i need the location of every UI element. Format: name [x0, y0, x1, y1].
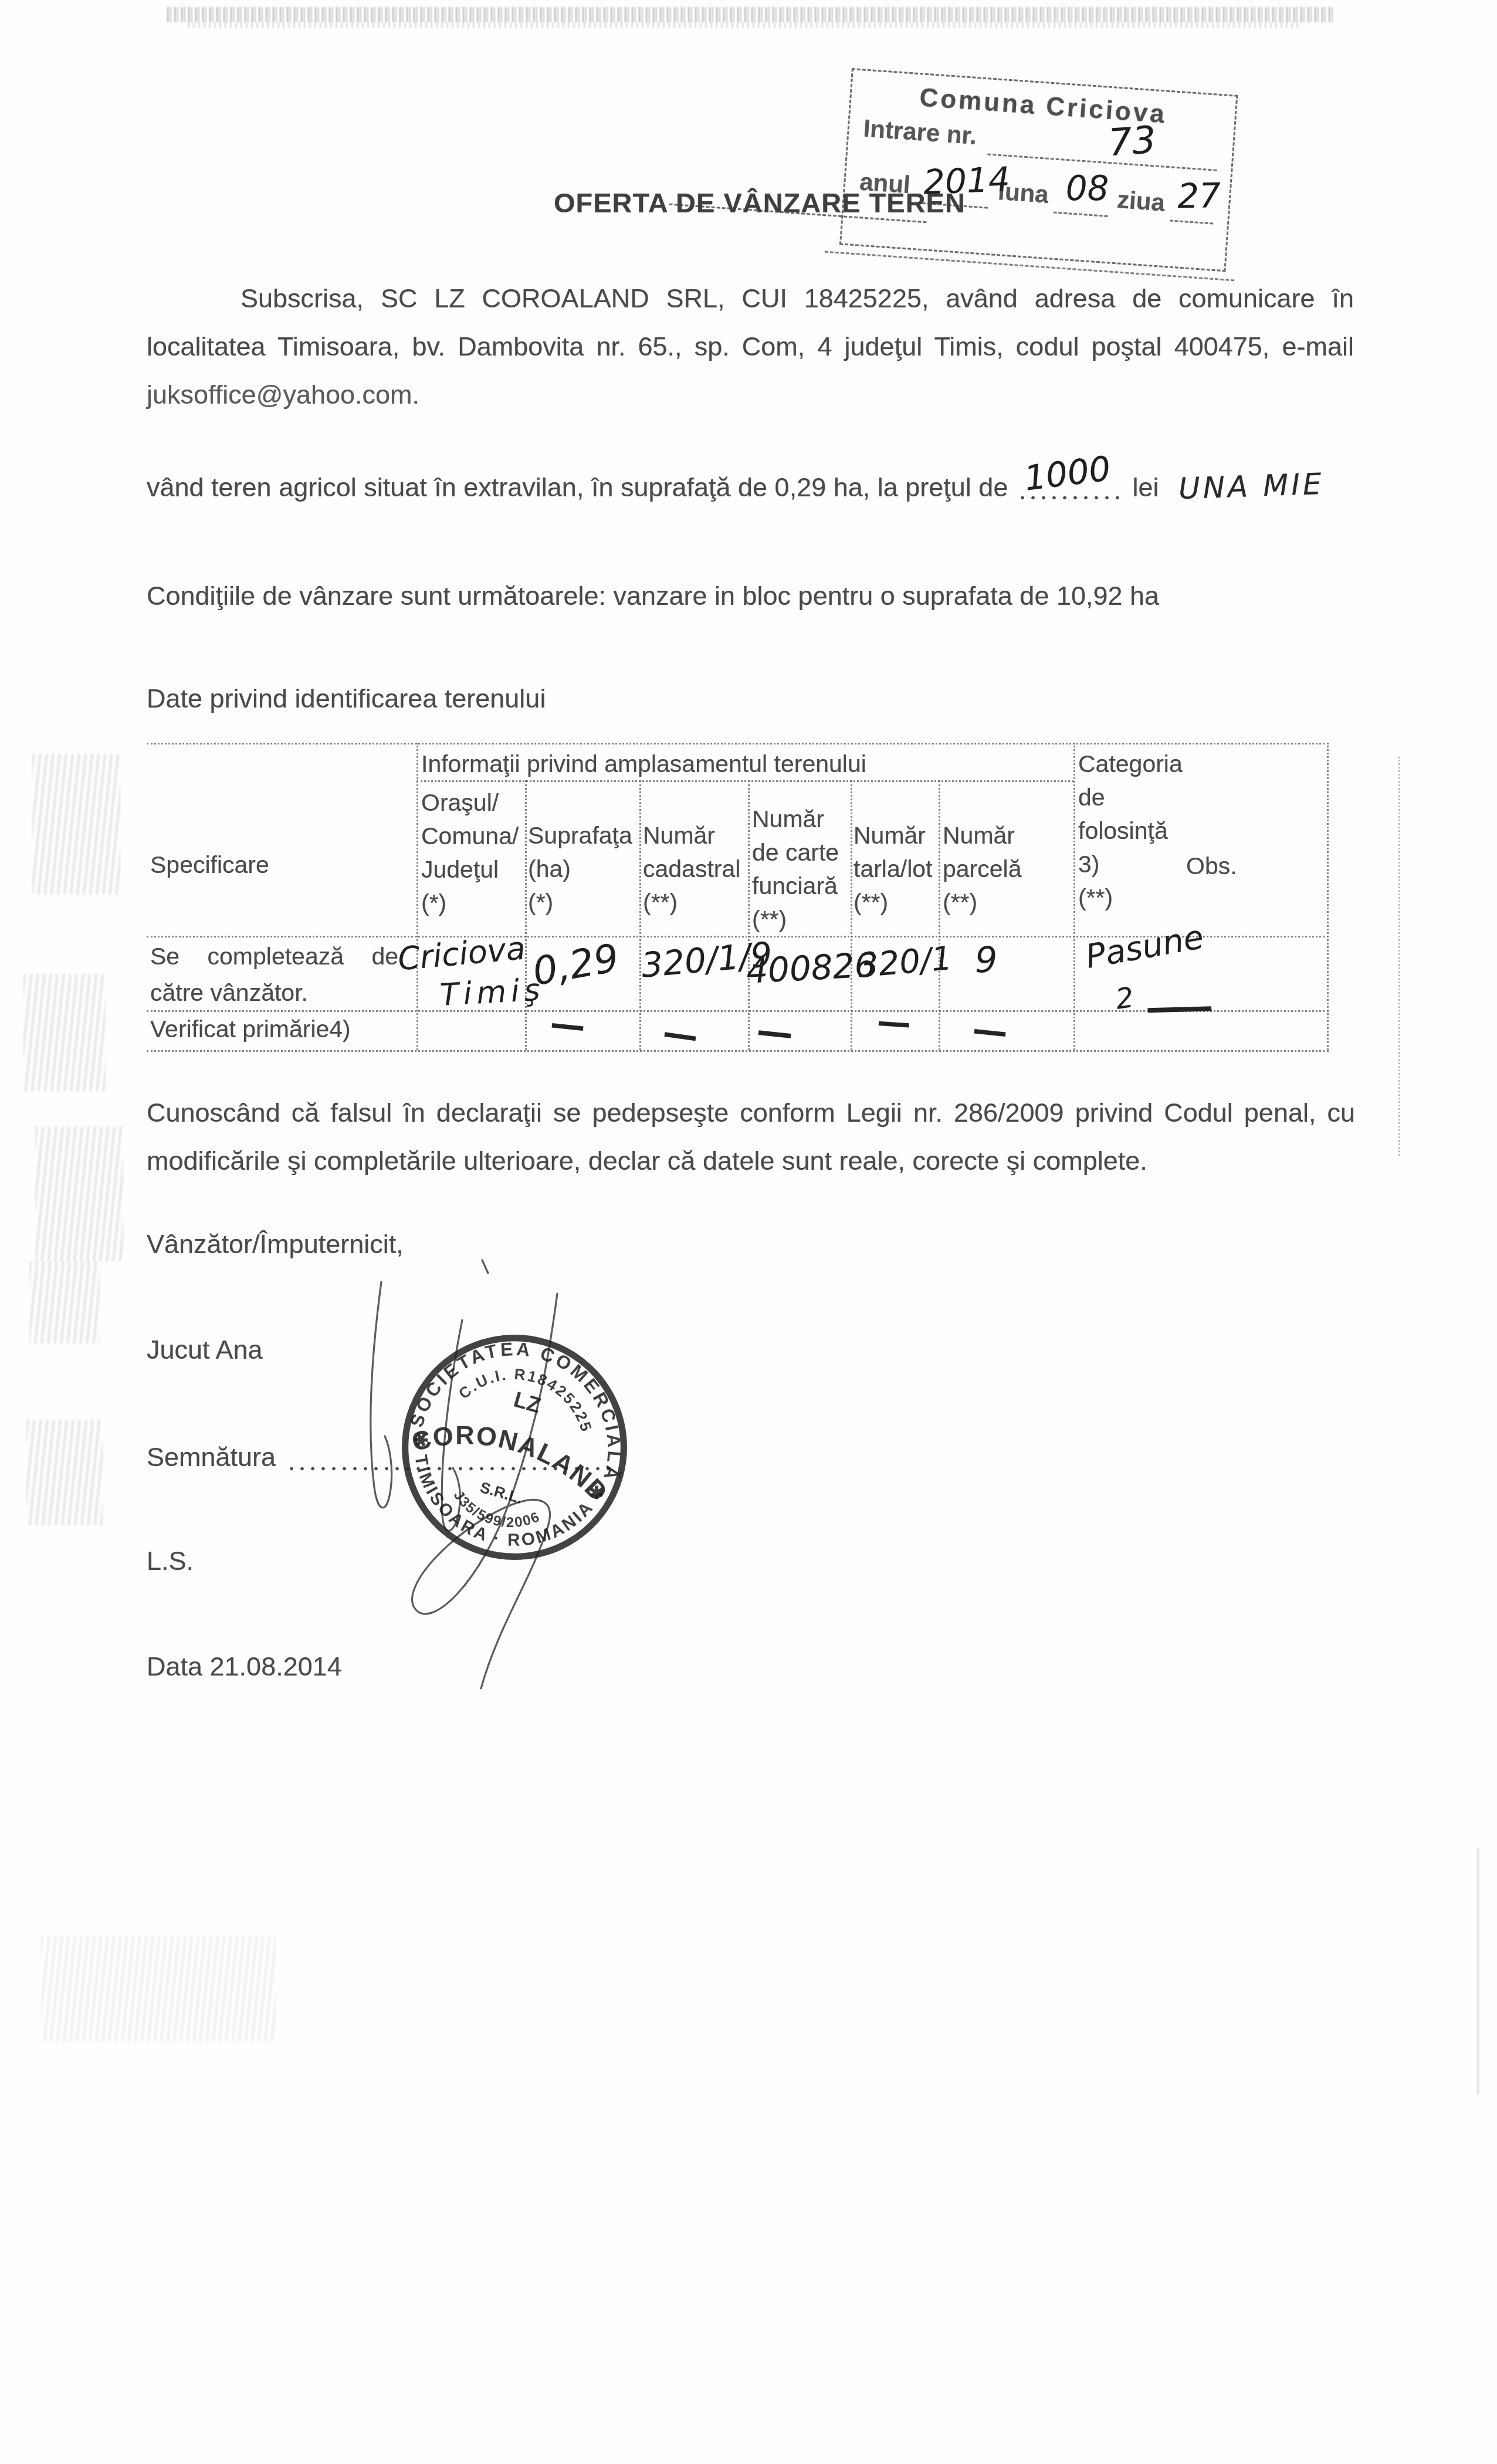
scan-noise-band: [188, 22, 1302, 28]
scan-artifact: [23, 974, 106, 1091]
header-categoria-folosinta: Categoria de folosinţă 3) (**): [1078, 747, 1183, 915]
scan-artifact: [29, 1261, 100, 1343]
offer-text: vând teren agricol situat în extravilan,…: [147, 472, 1008, 503]
header-tarla-lot: Număr tarla/lot (**): [854, 819, 932, 919]
handwritten-parcela: 9: [975, 940, 997, 981]
handwritten-judet: Timiş: [439, 972, 546, 1013]
scan-artifact: [1477, 1848, 1479, 2094]
intrare-value-handwritten: 73: [1107, 119, 1157, 165]
intro-line: Subscrisa, SC LZ COROALAND SRL, CUI 1842…: [147, 275, 1354, 323]
table-border: [851, 780, 852, 1050]
header-obs: Obs.: [1186, 849, 1237, 883]
table-border: [525, 780, 527, 1050]
header-specificare: Specificare: [150, 848, 269, 882]
scan-noise-band: [167, 7, 1335, 22]
header-carte-funciara: Număr de carte funciară (**): [752, 803, 839, 936]
handwritten-suprafata: 0,29: [529, 935, 622, 994]
verificat-dash: —: [971, 1008, 1010, 1053]
table-border: [1327, 743, 1329, 1050]
header-numar-cadastral: Număr cadastral (**): [643, 819, 740, 919]
price-handwritten: 1000: [1022, 448, 1113, 498]
signature-label: Semnătura: [147, 1442, 276, 1473]
ziua-value-handwritten: 27: [1177, 175, 1221, 216]
intrare-label: Intrare nr.: [862, 114, 978, 150]
header-suprafata: Suprafaţa (ha) (*): [528, 819, 632, 919]
stamp-text-srl: S.R.L.: [478, 1478, 524, 1507]
currency-label: lei: [1132, 472, 1159, 503]
price-words-handwritten: UNA MIE: [1178, 467, 1325, 506]
ls-label: L.S.: [147, 1546, 194, 1576]
verificat-dash: —: [548, 1003, 588, 1047]
registry-stamp-box: Comuna Criciova Intrare nr. 73 anul 2014…: [839, 68, 1238, 272]
table-border: [147, 1050, 1329, 1052]
ziua-label: ziua: [1116, 185, 1166, 217]
signature-stroke: [482, 1260, 488, 1273]
header-parcela: Număr parcelă (**): [943, 819, 1021, 919]
categoria-dash: —: [1142, 985, 1217, 1030]
declaration-line: modificările şi completările ulterioare,…: [147, 1137, 1355, 1185]
row-label-verificat-primarie: Verificat primărie4): [150, 1013, 351, 1046]
scan-artifact: [35, 1126, 123, 1261]
intro-email: juksoffice@yahoo.com.: [147, 371, 1354, 419]
conditions-line: Condiţiile de vânzare sunt următoarele: …: [147, 572, 1355, 620]
land-identification-table: Specificare Informaţii privind amplasame…: [147, 743, 1329, 1052]
document-title: OFERTA DE VÂNZARE TEREN: [554, 187, 966, 219]
scanned-document-page: { "colors": { "ink": "#464646", "handwri…: [0, 0, 1497, 2464]
table-border: [1073, 743, 1075, 1050]
handwritten-categoria: Pasune: [1083, 918, 1207, 976]
section-heading: Date privind identificarea terenului: [147, 675, 546, 723]
table-border: [748, 780, 750, 1050]
row-label-catre-vanzator: către vânzător.: [150, 976, 308, 1010]
seller-name: Jucut Ana: [147, 1335, 263, 1365]
declaration-paragraph: Cunoscând că falsul în declaraţii se ped…: [147, 1089, 1355, 1185]
table-border: [939, 780, 940, 1050]
scan-artifact: [41, 1936, 276, 2042]
verificat-dash: —: [876, 1001, 913, 1043]
header-group-info: Informaţii privind amplasamentul terenul…: [421, 747, 866, 781]
luna-value-handwritten: 08: [1066, 168, 1109, 208]
intro-paragraph: Subscrisa, SC LZ COROALAND SRL, CUI 1842…: [147, 275, 1354, 419]
row-label-se-completeaza: Se completează de: [150, 940, 398, 973]
price-dotted-line: 1000: [1017, 496, 1123, 500]
table-border: [639, 780, 641, 1050]
table-border: [416, 743, 418, 1050]
offer-line: vând teren agricol situat în extravilan,…: [147, 469, 1325, 503]
intro-line: localitatea Timisoara, bv. Dambovita nr.…: [147, 323, 1354, 371]
stamp-text-lz: LZ: [511, 1387, 543, 1418]
declaration-line: Cunoscând că falsul în declaraţii se ped…: [147, 1089, 1355, 1137]
table-border: [147, 743, 1329, 744]
verificat-dash: —: [660, 1011, 700, 1057]
scan-artifact: [26, 1420, 103, 1525]
scan-artifact: [1398, 757, 1400, 1156]
luna-value-line: 08: [1053, 181, 1110, 217]
ziua-value-line: 27: [1170, 189, 1215, 225]
header-oras-comuna-judet: Oraşul/ Comuna/ Judeţul (*): [421, 786, 519, 920]
handwritten-categoria-note: 2: [1113, 981, 1136, 1016]
scan-artifact: [32, 754, 120, 895]
verificat-dash: —: [754, 1008, 795, 1055]
